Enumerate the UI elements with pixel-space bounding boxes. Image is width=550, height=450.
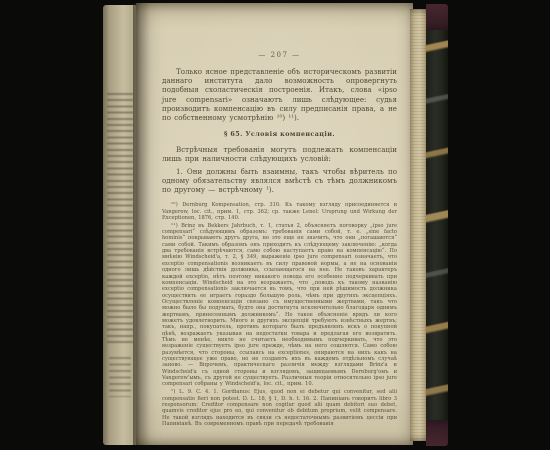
footnote-1-marker: ¹): [171, 389, 176, 395]
book-photo-backdrop: — 207 — Только ясное представленіе объ и…: [0, 0, 550, 450]
footnote-11-text: Brinz въ Bekkers Jahrbuch, т. 1, статья …: [162, 223, 397, 388]
leather-corner-bottom: [426, 420, 448, 446]
book-page: — 207 — Только ясное представленіе объ и…: [136, 3, 413, 445]
footnote-10: ¹⁰) Dernburg Kompensation, стр. 310. Къ …: [162, 202, 397, 221]
footnote-10-marker: ¹⁰): [171, 202, 178, 208]
left-page-edge: [103, 5, 140, 445]
page-text-block: — 207 — Только ясное представленіе объ и…: [136, 3, 413, 445]
intro-paragraph: Только ясное представленіе объ историчес…: [162, 67, 397, 122]
condition-item-1: 1. Они должны быть взаимны, такъ чтобы в…: [162, 167, 397, 195]
footnotes-block: ¹⁰) Dernburg Kompensation, стр. 310. Къ …: [162, 202, 397, 427]
marbled-cover-edge: [426, 4, 448, 446]
left-page-text-fragment-lower: [109, 357, 131, 397]
page-number: — 207 —: [162, 51, 397, 59]
footnote-11: ¹¹) Brinz въ Bekkers Jahrbuch, т. 1, ста…: [162, 223, 397, 388]
conditions-paragraph: Встрѣчныя требованія могутъ подлежать ко…: [162, 145, 397, 163]
left-page-text-fragment: [107, 93, 133, 343]
footnote-1: ¹) L. 9. C. 4. 1. Gordianus: Ejus, quod …: [162, 389, 397, 427]
leather-corner-top: [426, 4, 448, 30]
footnote-10-text: Dernburg Kompensation, стр. 310. Къ тако…: [162, 202, 397, 221]
section-heading: § 65. Условія компенсаціи.: [162, 130, 397, 138]
footnote-11-marker: ¹¹): [171, 223, 178, 229]
footnote-1-text: L. 9. C. 4. 1. Gordianus: Ejus, quod non…: [162, 389, 397, 427]
